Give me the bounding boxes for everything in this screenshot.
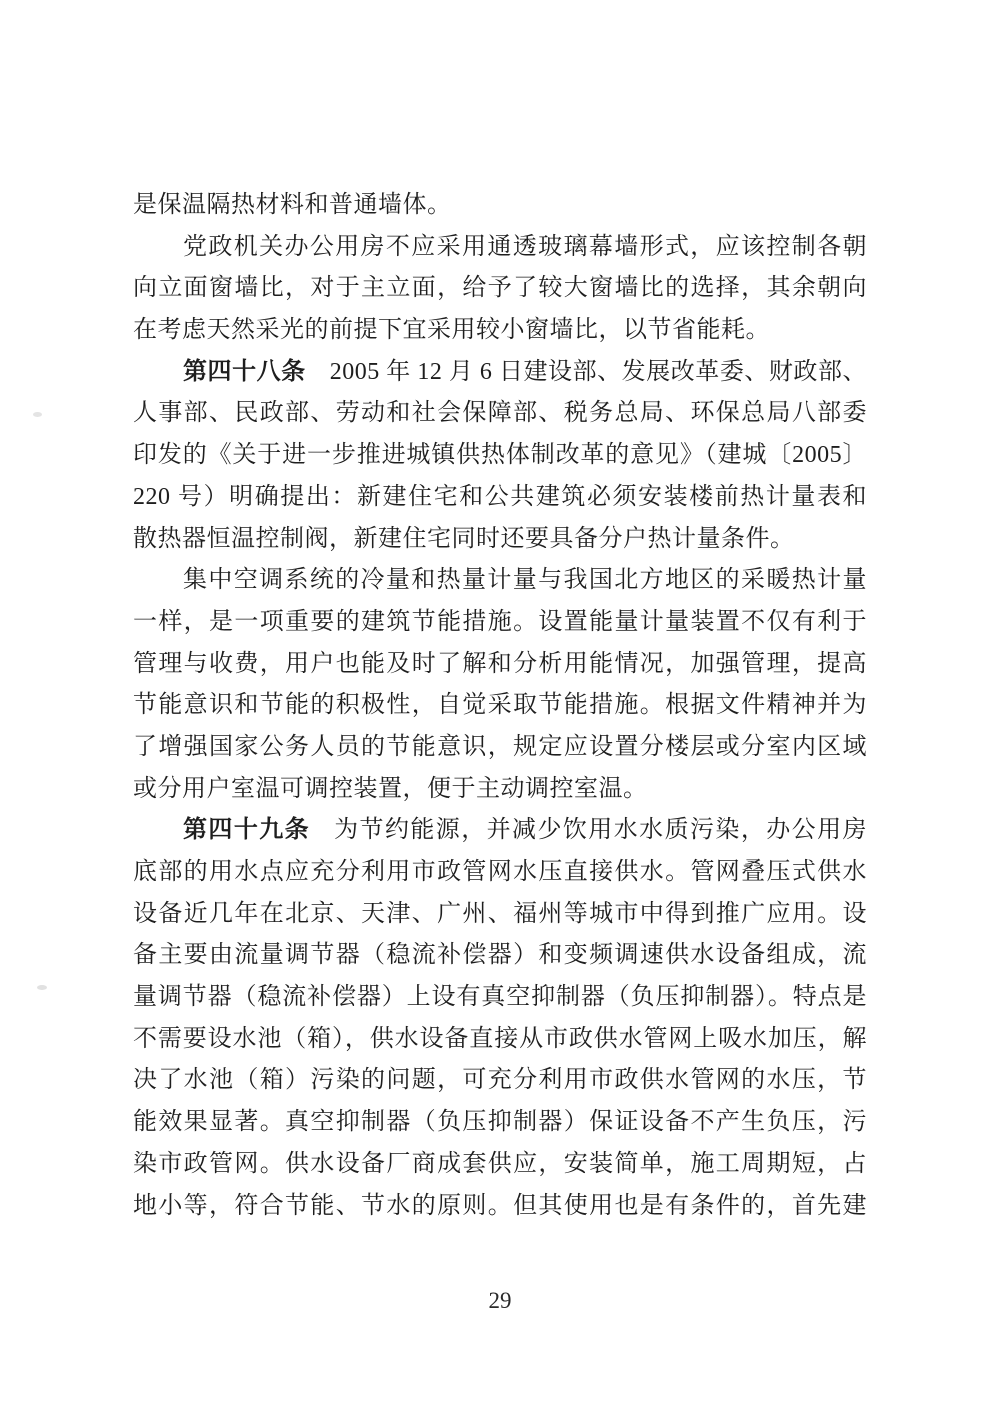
line-text: 备主要由流量调节器（稳流补偿器）和变频调速供水设备组成，流	[133, 942, 867, 968]
text-line: 在考虑天然采光的前提下宜采用较小窗墙比，以节省能耗。	[133, 310, 867, 352]
line-text: 管理与收费，用户也能及时了解和分析用能情况，加强管理，提高	[133, 651, 867, 677]
line-text: 或分用户室温可调控装置，便于主动调控室温。	[133, 776, 648, 802]
text-line: 不需要设水池（箱），供水设备直接从市政供水管网上吸水加压，解	[133, 1019, 867, 1061]
text-line: 是保温隔热材料和普通墙体。	[133, 185, 867, 227]
text-line: 集中空调系统的冷量和热量计量与我国北方地区的采暖热计量	[133, 560, 867, 602]
line-text: 党政机关办公用房不应采用通透玻璃幕墙形式，应该控制各朝	[183, 234, 867, 260]
line-text: 染市政管网。供水设备厂商成套供应，安装简单，施工周期短，占	[133, 1151, 867, 1177]
document-page: 是保温隔热材料和普通墙体。党政机关办公用房不应采用通透玻璃幕墙形式，应该控制各朝…	[0, 0, 1000, 1413]
line-text: 节能意识和节能的积极性，自觉采取节能措施。根据文件精神并为	[133, 692, 867, 718]
line-text: 设备近几年在北京、天津、广州、福州等城市中得到推广应用。设	[133, 901, 867, 927]
text-line: 染市政管网。供水设备厂商成套供应，安装简单，施工周期短，占	[133, 1144, 867, 1186]
text-line: 一样，是一项重要的建筑节能措施。设置能量计量装置不仅有利于	[133, 602, 867, 644]
text-line: 第四十九条为节约能源，并减少饮用水水质污染，办公用房	[133, 810, 867, 852]
line-text: 了增强国家公务人员的节能意识，规定应设置分楼层或分室内区域	[133, 734, 867, 760]
text-line: 向立面窗墙比，对于主立面，给予了较大窗墙比的选择，其余朝向	[133, 268, 867, 310]
text-line: 印发的《关于进一步推进城镇供热体制改革的意见》（建城〔2005〕	[133, 435, 867, 477]
text-line: 设备近几年在北京、天津、广州、福州等城市中得到推广应用。设	[133, 894, 867, 936]
line-text: 人事部、民政部、劳动和社会保障部、税务总局、环保总局八部委	[133, 400, 867, 426]
text-line: 第四十八条2005 年 12 月 6 日建设部、发展改革委、财政部、	[133, 352, 867, 394]
article-number-label: 第四十八条	[183, 359, 306, 385]
line-text: 能效果显著。真空抑制器（负压抑制器）保证设备不产生负压，污	[133, 1109, 867, 1135]
line-text: 地小等，符合节能、节水的原则。但其使用也是有条件的，首先建	[133, 1193, 867, 1219]
text-line: 220 号）明确提出：新建住宅和公共建筑必须安装楼前热计量表和	[133, 477, 867, 519]
text-line: 党政机关办公用房不应采用通透玻璃幕墙形式，应该控制各朝	[133, 227, 867, 269]
text-line: 了增强国家公务人员的节能意识，规定应设置分楼层或分室内区域	[133, 727, 867, 769]
line-text: 是保温隔热材料和普通墙体。	[133, 192, 452, 218]
text-line: 管理与收费，用户也能及时了解和分析用能情况，加强管理，提高	[133, 644, 867, 686]
line-text: 向立面窗墙比，对于主立面，给予了较大窗墙比的选择，其余朝向	[133, 275, 867, 301]
line-text: 为节约能源，并减少饮用水水质污染，办公用房	[334, 817, 867, 843]
text-line: 量调节器（稳流补偿器）上设有真空抑制器（负压抑制器）。特点是	[133, 977, 867, 1019]
line-text: 在考虑天然采光的前提下宜采用较小窗墙比，以节省能耗。	[133, 317, 770, 343]
scan-speck	[37, 985, 47, 990]
line-text: 量调节器（稳流补偿器）上设有真空抑制器（负压抑制器）。特点是	[133, 984, 867, 1010]
text-line: 决了水池（箱）污染的问题，可充分利用市政供水管网的水压，节	[133, 1060, 867, 1102]
line-text: 散热器恒温控制阀，新建住宅同时还要具备分户热计量条件。	[133, 526, 795, 552]
line-text: 不需要设水池（箱），供水设备直接从市政供水管网上吸水加压，解	[133, 1026, 867, 1052]
text-line: 人事部、民政部、劳动和社会保障部、税务总局、环保总局八部委	[133, 393, 867, 435]
text-line: 备主要由流量调节器（稳流补偿器）和变频调速供水设备组成，流	[133, 935, 867, 977]
line-text: 集中空调系统的冷量和热量计量与我国北方地区的采暖热计量	[183, 567, 867, 593]
text-line: 能效果显著。真空抑制器（负压抑制器）保证设备不产生负压，污	[133, 1102, 867, 1144]
line-text: 印发的《关于进一步推进城镇供热体制改革的意见》（建城〔2005〕	[133, 442, 867, 468]
page-number: 29	[0, 1288, 1000, 1314]
text-line: 节能意识和节能的积极性，自觉采取节能措施。根据文件精神并为	[133, 685, 867, 727]
text-block: 是保温隔热材料和普通墙体。党政机关办公用房不应采用通透玻璃幕墙形式，应该控制各朝…	[133, 185, 867, 1227]
text-line: 或分用户室温可调控装置，便于主动调控室温。	[133, 769, 867, 811]
scan-speck	[33, 412, 42, 417]
text-line: 底部的用水点应充分利用市政管网水压直接供水。管网叠压式供水	[133, 852, 867, 894]
article-number-label: 第四十九条	[183, 817, 310, 843]
text-line: 散热器恒温控制阀，新建住宅同时还要具备分户热计量条件。	[133, 519, 867, 561]
line-text: 底部的用水点应充分利用市政管网水压直接供水。管网叠压式供水	[133, 859, 867, 885]
line-text: 一样，是一项重要的建筑节能措施。设置能量计量装置不仅有利于	[133, 609, 867, 635]
text-line: 地小等，符合节能、节水的原则。但其使用也是有条件的，首先建	[133, 1186, 867, 1228]
line-text: 220 号）明确提出：新建住宅和公共建筑必须安装楼前热计量表和	[133, 484, 867, 510]
line-text: 2005 年 12 月 6 日建设部、发展改革委、财政部、	[330, 359, 867, 385]
line-text: 决了水池（箱）污染的问题，可充分利用市政供水管网的水压，节	[133, 1067, 867, 1093]
